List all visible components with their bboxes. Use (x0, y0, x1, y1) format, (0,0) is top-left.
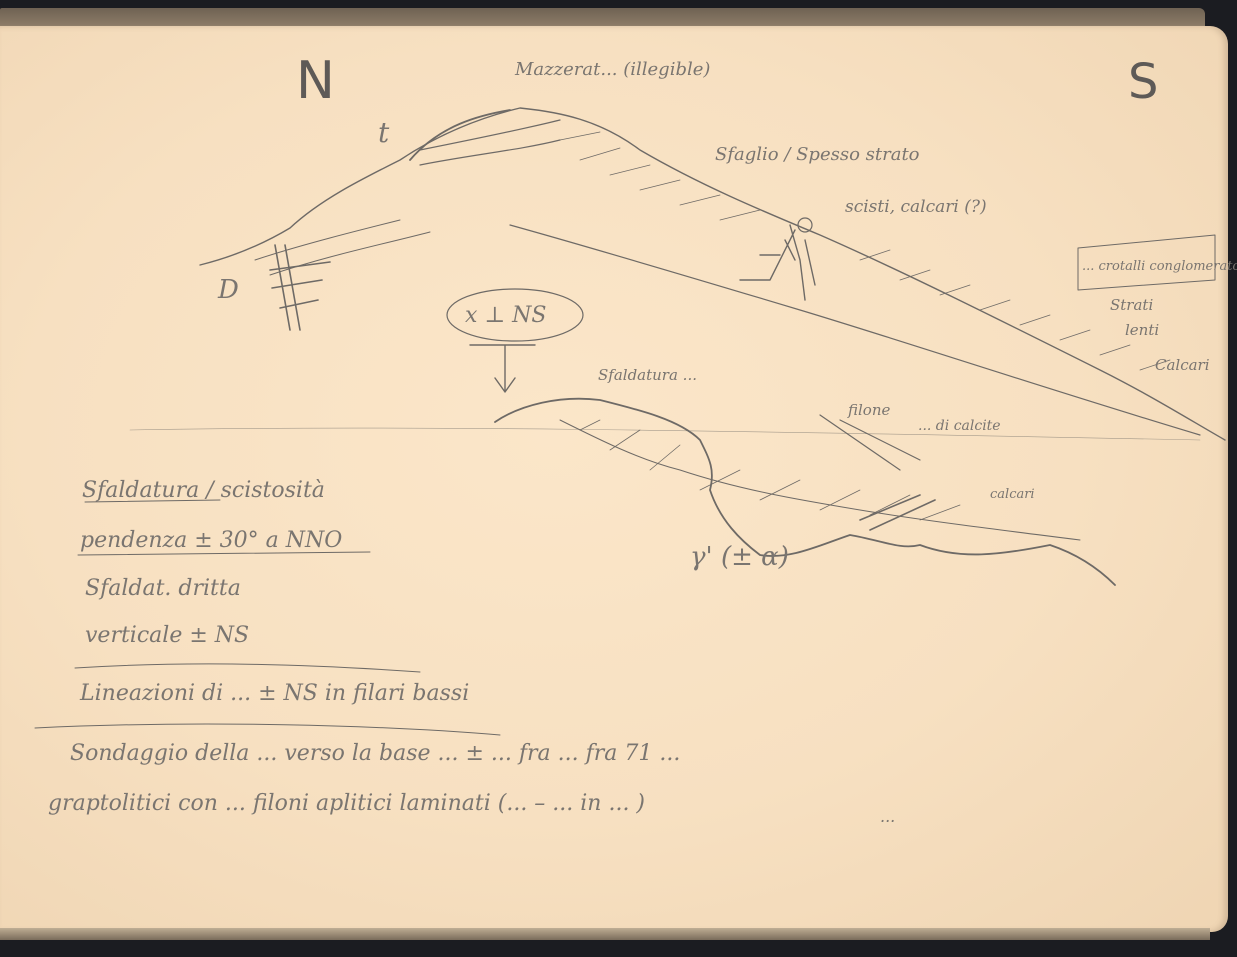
gamma-label: γ' (± α) (690, 542, 789, 572)
field-notes: Sfaldatura / scistosità pendenza ± 30° a… (35, 478, 895, 826)
t-label: t (378, 116, 390, 149)
sketch-annotations: Mazzerat... (illegible) t Sfaglio / Spes… (217, 59, 1237, 572)
pencil-sketch: N S Mazzerat... (illegible) t (0, 0, 1237, 957)
south-label: S (1128, 54, 1158, 110)
note-line-8: ... (880, 807, 895, 826)
note-line-2: pendenza ± 30° a NNO (80, 528, 342, 553)
margin-note-2: lenti (1125, 321, 1159, 339)
margin-note-1: Strati (1110, 296, 1153, 314)
mid-note-4: ... di calcite (918, 418, 1001, 434)
mid-note-1: Sfaldatura ... (598, 366, 697, 384)
note-line-4: verticale ± NS (85, 623, 249, 648)
note-line-7: graptolitici con ... filoni aplitici lam… (48, 791, 645, 816)
lower-label: calcari (990, 487, 1035, 502)
note-line-5: Lineazioni di ... ± NS in filari bassi (79, 681, 469, 706)
ellipse-label: x ⊥ NS (465, 303, 546, 328)
upper-note-2: scisti, calcari (?) (845, 197, 987, 217)
boxed-note: ... crotalli conglomerato (1082, 259, 1237, 274)
note-line-3: Sfaldat. dritta (85, 576, 241, 601)
note-line-6: Sondaggio della ... verso la base ... ± … (70, 741, 680, 766)
north-label: N (296, 51, 335, 111)
note-line-1: Sfaldatura / scistosità (82, 478, 325, 503)
mid-note-3: filone (847, 401, 890, 419)
upper-note-1: Sfaglio / Spesso strato (715, 144, 920, 165)
margin-note-3: Calcari (1155, 356, 1210, 374)
summit-note: Mazzerat... (illegible) (514, 59, 710, 80)
left-symbol: D (217, 275, 239, 305)
ridge-profile (200, 108, 1225, 440)
